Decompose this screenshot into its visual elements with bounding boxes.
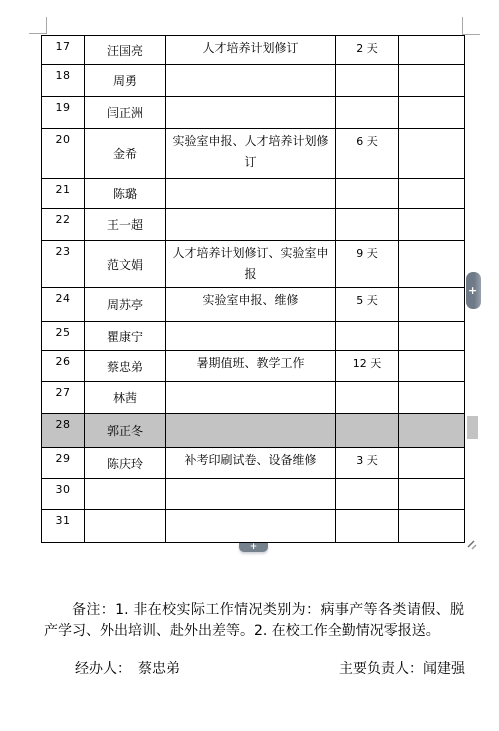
table-row: 25瞿康宁 — [42, 322, 465, 351]
note-cell[interactable] — [399, 36, 465, 65]
bottom-expand-handle[interactable]: + — [239, 543, 268, 552]
row-number-cell[interactable]: 27 — [42, 382, 85, 414]
note-cell[interactable] — [399, 65, 465, 97]
table-row: 24周苏亭实验室申报、维修5 天 — [42, 288, 465, 322]
work-content-cell[interactable] — [166, 65, 336, 97]
row-number-cell[interactable]: 24 — [42, 288, 85, 322]
row-number-cell[interactable]: 26 — [42, 351, 85, 382]
row-number-cell[interactable]: 21 — [42, 179, 85, 209]
table-row: 26蔡忠弟暑期值班、教学工作12 天 — [42, 351, 465, 382]
row-number-cell[interactable]: 23 — [42, 241, 85, 288]
work-content-cell[interactable] — [166, 510, 336, 543]
name-cell[interactable]: 陈庆玲 — [85, 448, 166, 479]
name-cell[interactable]: 蔡忠弟 — [85, 351, 166, 382]
note-cell[interactable] — [399, 510, 465, 543]
work-content-cell[interactable] — [166, 179, 336, 209]
name-cell[interactable]: 范文娟 — [85, 241, 166, 288]
work-content-cell[interactable] — [166, 382, 336, 414]
work-content-cell[interactable] — [166, 209, 336, 241]
plus-icon: + — [250, 543, 258, 552]
table-row: 23范文娟人才培养计划修订、实验室申报9 天 — [42, 241, 465, 288]
work-content-cell[interactable] — [166, 479, 336, 510]
crop-mark-top-left-horizontal — [29, 33, 47, 34]
note-cell[interactable] — [399, 241, 465, 288]
manager-signature: 主要负责人：闻建强 — [339, 658, 465, 678]
name-cell[interactable]: 金希 — [85, 129, 166, 179]
note-cell[interactable] — [399, 448, 465, 479]
table-row: 31 — [42, 510, 465, 543]
days-cell[interactable]: 3 天 — [336, 448, 399, 479]
name-cell[interactable]: 周苏亭 — [85, 288, 166, 322]
row-number-cell[interactable]: 25 — [42, 322, 85, 351]
table-row: 19闫正洲 — [42, 97, 465, 129]
days-cell[interactable]: 2 天 — [336, 36, 399, 65]
name-cell[interactable] — [85, 479, 166, 510]
table-row: 29陈庆玲补考印刷试卷、设备维修3 天 — [42, 448, 465, 479]
table-row: 18周勇 — [42, 65, 465, 97]
work-content-cell[interactable] — [166, 414, 336, 448]
name-cell[interactable]: 瞿康宁 — [85, 322, 166, 351]
table-row: 27林茜 — [42, 382, 465, 414]
note-cell[interactable] — [399, 351, 465, 382]
row-number-cell[interactable]: 30 — [42, 479, 85, 510]
row-number-cell[interactable]: 29 — [42, 448, 85, 479]
days-cell[interactable] — [336, 414, 399, 448]
days-cell[interactable] — [336, 479, 399, 510]
crop-mark-top-left-vertical — [46, 17, 47, 34]
days-cell[interactable]: 9 天 — [336, 241, 399, 288]
name-cell[interactable] — [85, 510, 166, 543]
note-cell[interactable] — [399, 209, 465, 241]
table-resize-handle-icon[interactable] — [466, 539, 477, 550]
work-content-cell[interactable]: 实验室申报、人才培养计划修订 — [166, 129, 336, 179]
table-row: 17汪国亮人才培养计划修订2 天 — [42, 36, 465, 65]
table-row: 21陈璐 — [42, 179, 465, 209]
name-cell[interactable]: 周勇 — [85, 65, 166, 97]
handler-name: 蔡忠弟 — [138, 661, 180, 677]
note-cell[interactable] — [399, 479, 465, 510]
days-cell[interactable] — [336, 209, 399, 241]
note-cell[interactable] — [399, 129, 465, 179]
note-cell[interactable] — [399, 288, 465, 322]
row-number-cell[interactable]: 18 — [42, 65, 85, 97]
days-cell[interactable] — [336, 179, 399, 209]
row-number-cell[interactable]: 19 — [42, 97, 85, 129]
work-content-cell[interactable]: 暑期值班、教学工作 — [166, 351, 336, 382]
remark-paragraph: 备注：1. 非在校实际工作情况类别为：病事产等各类请假、脱产学习、外出培训、赴外… — [44, 600, 464, 642]
table-row: 28郭正冬 — [42, 414, 465, 448]
days-cell[interactable] — [336, 65, 399, 97]
name-cell[interactable]: 郭正冬 — [85, 414, 166, 448]
handler-label: 经办人： — [75, 661, 131, 677]
work-content-cell[interactable]: 人才培养计划修订 — [166, 36, 336, 65]
days-cell[interactable]: 5 天 — [336, 288, 399, 322]
note-cell[interactable] — [399, 382, 465, 414]
attendance-table: 17汪国亮人才培养计划修订2 天18周勇19闫正洲20金希实验室申报、人才培养计… — [41, 35, 465, 543]
signatures-row: 经办人：蔡忠弟 主要负责人：闻建强 — [44, 658, 465, 678]
row-number-cell[interactable]: 31 — [42, 510, 85, 543]
table-row: 20金希实验室申报、人才培养计划修订6 天 — [42, 129, 465, 179]
days-cell[interactable]: 6 天 — [336, 129, 399, 179]
name-cell[interactable]: 汪国亮 — [85, 36, 166, 65]
note-cell[interactable] — [399, 97, 465, 129]
note-cell[interactable] — [399, 414, 465, 448]
name-cell[interactable]: 林茜 — [85, 382, 166, 414]
work-content-cell[interactable]: 补考印刷试卷、设备维修 — [166, 448, 336, 479]
days-cell[interactable]: 12 天 — [336, 351, 399, 382]
row-number-cell[interactable]: 20 — [42, 129, 85, 179]
name-cell[interactable]: 闫正洲 — [85, 97, 166, 129]
manager-name: 闻建强 — [423, 661, 465, 677]
plus-icon: + — [468, 285, 477, 296]
note-cell[interactable] — [399, 322, 465, 351]
name-cell[interactable]: 王一超 — [85, 209, 166, 241]
row-number-cell[interactable]: 22 — [42, 209, 85, 241]
handler-signature: 经办人：蔡忠弟 — [75, 658, 180, 678]
days-cell[interactable] — [336, 97, 399, 129]
work-content-cell[interactable]: 实验室申报、维修 — [166, 288, 336, 322]
days-cell[interactable] — [336, 510, 399, 543]
row-selection-end-marker — [467, 416, 478, 439]
side-expand-handle[interactable]: + — [466, 272, 481, 309]
work-content-cell[interactable] — [166, 322, 336, 351]
table-row: 22王一超 — [42, 209, 465, 241]
name-cell[interactable]: 陈璐 — [85, 179, 166, 209]
days-cell[interactable] — [336, 322, 399, 351]
days-cell[interactable] — [336, 382, 399, 414]
crop-mark-top-right-vertical — [462, 17, 463, 35]
note-cell[interactable] — [399, 179, 465, 209]
work-content-cell[interactable] — [166, 97, 336, 129]
row-number-cell[interactable]: 17 — [42, 36, 85, 65]
row-number-cell[interactable]: 28 — [42, 414, 85, 448]
manager-label: 主要负责人： — [339, 661, 423, 677]
table-row: 30 — [42, 479, 465, 510]
work-content-cell[interactable]: 人才培养计划修订、实验室申报 — [166, 241, 336, 288]
